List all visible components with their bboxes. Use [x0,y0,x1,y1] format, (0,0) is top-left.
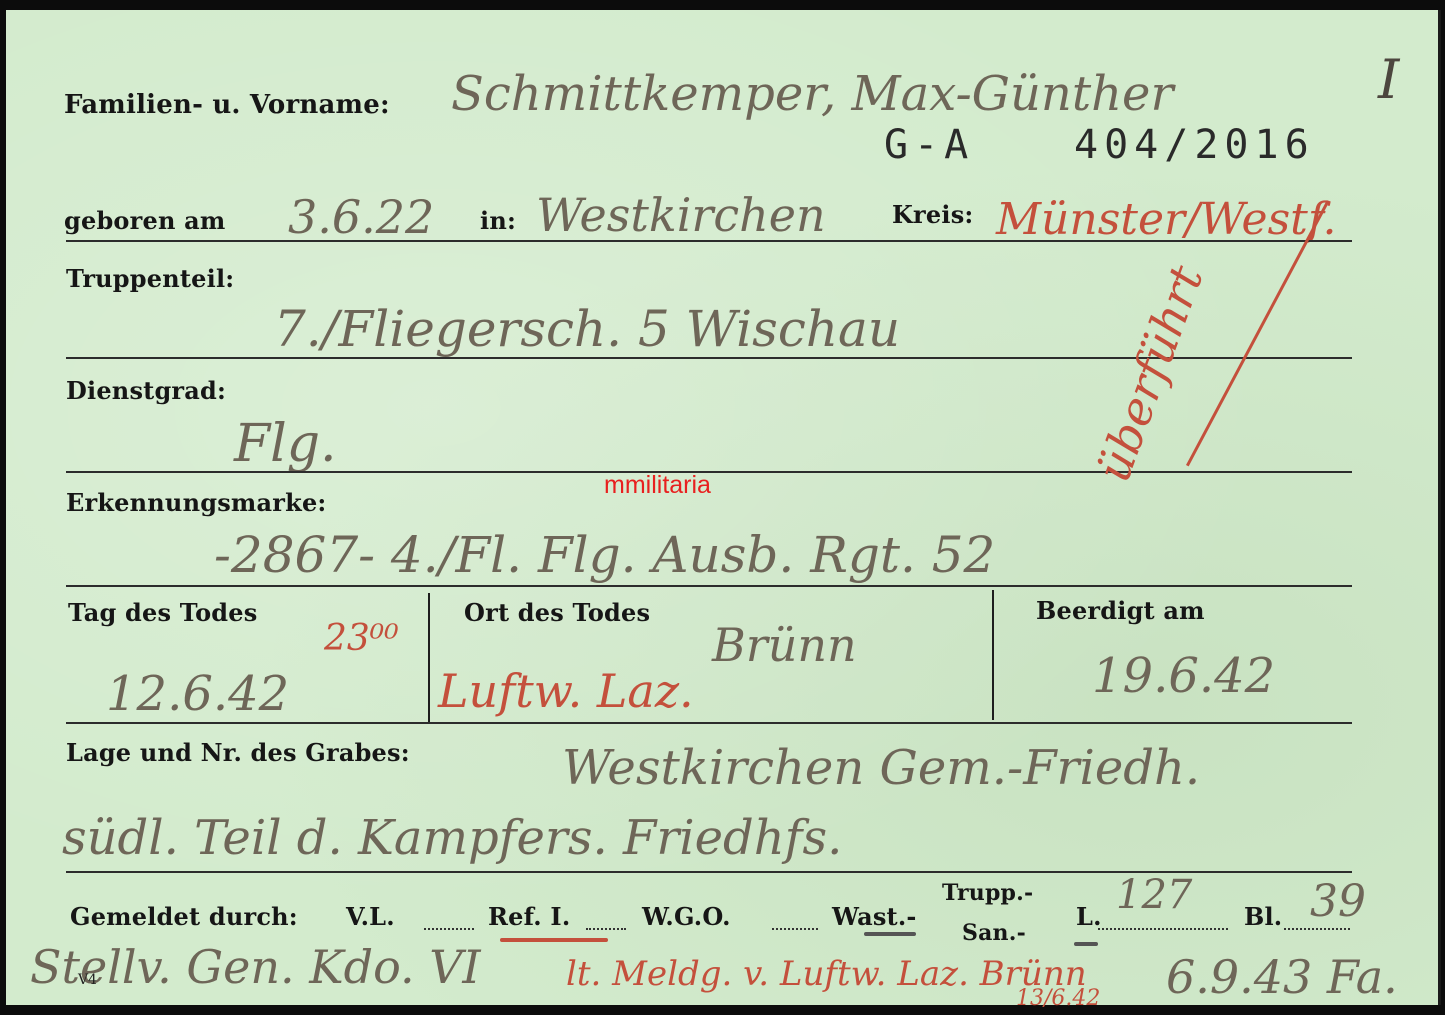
column-divider-1 [428,593,430,723]
reported-option-vl: V.L. [346,902,395,931]
reference-stamp-prefix: G-A [884,122,974,168]
birth-date-value: 3.6.22 [288,190,434,244]
reported-option-ref: Ref. I. [488,902,570,931]
bl-dots [1284,928,1350,930]
l-dots [1098,928,1228,930]
death-place-red: Luftw. Laz. [438,664,694,718]
death-place-pencil: Brünn [712,618,857,672]
burial-label: Beerdigt am [1036,596,1205,625]
id-tag-value: -2867- 4./Fl. Flg. Ausb. Rgt. 52 [214,526,995,584]
rule-5 [66,722,1352,724]
card-roman-numeral: I [1378,48,1399,111]
birth-place-label: in: [480,206,516,235]
death-date-value: 12.6.42 [106,666,289,722]
watermark: mmilitaria [604,471,711,500]
name-value: Schmittkemper, Max-Günther [451,66,1173,122]
birth-place-value: Westkirchen [536,188,826,242]
column-divider-2 [992,590,994,720]
rule-4 [66,585,1352,587]
bottom-red-note: lt. Meldg. v. Luftw. Laz. Brünn [566,954,1087,994]
bottom-pencil-date: 6.9.43 Fa. [1166,950,1398,1004]
ref-dots [586,928,626,930]
reported-option-l: L. [1076,902,1102,931]
name-label: Familien- u. Vorname: [64,90,390,120]
vl-dots [424,928,474,930]
district-label: Kreis: [892,200,973,229]
reported-option-wgo: W.G.O. [642,902,731,931]
l-value: 127 [1116,872,1192,918]
unit-label: Truppenteil: [66,264,234,293]
rank-value: Flg. [234,414,337,474]
grave-line-2: südl. Teil d. Kampfers. Friedhfs. [62,810,842,866]
small-print-code: V4 [78,972,97,988]
death-time-note: 23⁰⁰ [324,618,399,659]
reported-by-label: Gemeldet durch: [70,902,298,931]
wgo-dots [772,928,818,930]
bl-label: Bl. [1244,902,1282,931]
grave-registration-card: I Familien- u. Vorname: Schmittkemper, M… [6,10,1441,1005]
rule-1 [66,240,1352,242]
bottom-pencil-note: Stellv. Gen. Kdo. VI [30,940,481,994]
birth-date-label: geboren am [64,206,226,235]
reported-option-san: San.- [962,920,1026,946]
reported-option-trupp: Trupp.- [942,880,1033,906]
death-place-label: Ort des Todes [464,598,650,627]
l-underline [1074,942,1098,946]
rank-label: Dienstgrad: [66,376,226,405]
unit-value: 7./Fliegersch. 5 Wischau [274,300,900,358]
wast-underline [864,932,916,936]
burial-value: 19.6.42 [1092,648,1275,704]
bl-value: 39 [1310,876,1366,927]
id-tag-label: Erkennungsmarke: [66,488,326,517]
ref-red-underline [500,938,608,942]
reference-stamp-number: 404/2016 [1074,122,1315,168]
district-value: Münster/Westf. [996,194,1337,245]
grave-line-1: Westkirchen Gem.-Friedh. [562,740,1200,796]
reported-option-wast: Wast.- [832,902,917,931]
grave-label: Lage und Nr. des Grabes: [66,738,410,767]
bottom-red-date: 13/6.42 [1016,986,1100,1011]
death-date-label: Tag des Todes [68,598,257,627]
